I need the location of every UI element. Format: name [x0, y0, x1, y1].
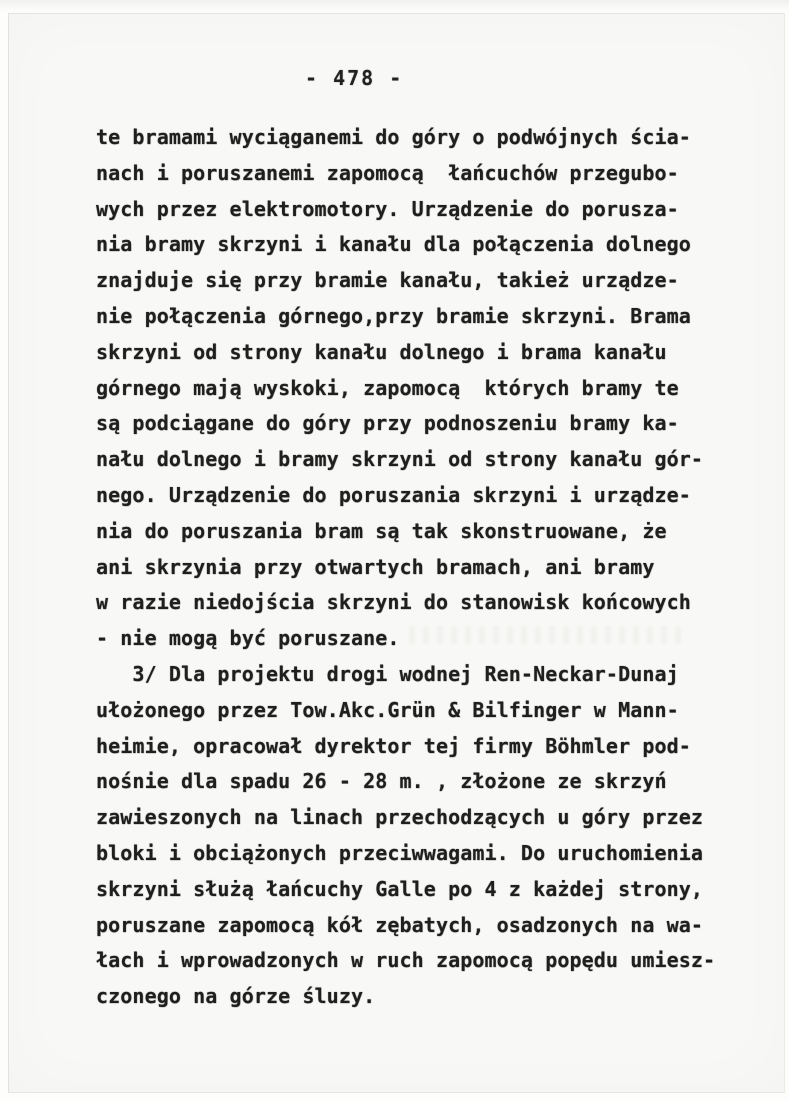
- text-line: skrzyni służą łańcuchy Galle po 4 z każd…: [96, 872, 736, 908]
- text-line: nia do poruszania bram są tak skonstruow…: [96, 514, 736, 550]
- text-line: nału dolnego i bramy skrzyni od strony k…: [96, 442, 736, 478]
- text-line: nie połączenia górnego,przy bramie skrzy…: [96, 299, 736, 335]
- text-line: te bramami wyciąganemi do góry o podwójn…: [96, 120, 736, 156]
- text-line: nach i poruszanemi zapomocą łańcuchów pr…: [96, 156, 736, 192]
- text-line: czonego na górze śluzy.: [96, 979, 736, 1015]
- text-line: zawieszonych na linach przechodzących u …: [96, 800, 736, 836]
- text-line: są podciągane do góry przy podnoszeniu b…: [96, 406, 736, 442]
- body-text: te bramami wyciąganemi do góry o podwójn…: [96, 120, 736, 1015]
- text-line: ułożonego przez Tow.Akc.Grün & Bilfinger…: [96, 693, 736, 729]
- text-line: 3/ Dla projektu drogi wodnej Ren-Neckar-…: [96, 657, 736, 693]
- text-line: w razie niedojścia skrzyni do stanowisk …: [96, 585, 736, 621]
- scan-edge-artifact: [0, 0, 789, 14]
- text-line: łach i wprowadzonych w ruch zapomocą pop…: [96, 943, 736, 979]
- text-line: nośnie dla spadu 26 - 28 m. , złożone ze…: [96, 764, 736, 800]
- text-line: ani skrzynia przy otwartych bramach, ani…: [96, 550, 736, 586]
- scan-page: - 478 - te bramami wyciąganemi do góry o…: [8, 13, 785, 1093]
- text-line: poruszane zapomocą kół zębatych, osadzon…: [96, 908, 736, 944]
- text-line: nego. Urządzenie do poruszania skrzyni i…: [96, 478, 736, 514]
- page-number: - 478 -: [305, 66, 403, 90]
- text-line: górnego mają wyskoki, zapomocą których b…: [96, 371, 736, 407]
- text-line: wych przez elektromotory. Urządzenie do …: [96, 192, 736, 228]
- text-line: skrzyni od strony kanału dolnego i brama…: [96, 335, 736, 371]
- text-line: znajduje się przy bramie kanału, takież …: [96, 263, 736, 299]
- ink-smudge-artifact: [409, 626, 689, 644]
- text-line: nia bramy skrzyni i kanału dla połączeni…: [96, 227, 736, 263]
- text-line: bloki i obciążonych przeciwwagami. Do ur…: [96, 836, 736, 872]
- text-line: heimie, opracował dyrektor tej firmy Böh…: [96, 729, 736, 765]
